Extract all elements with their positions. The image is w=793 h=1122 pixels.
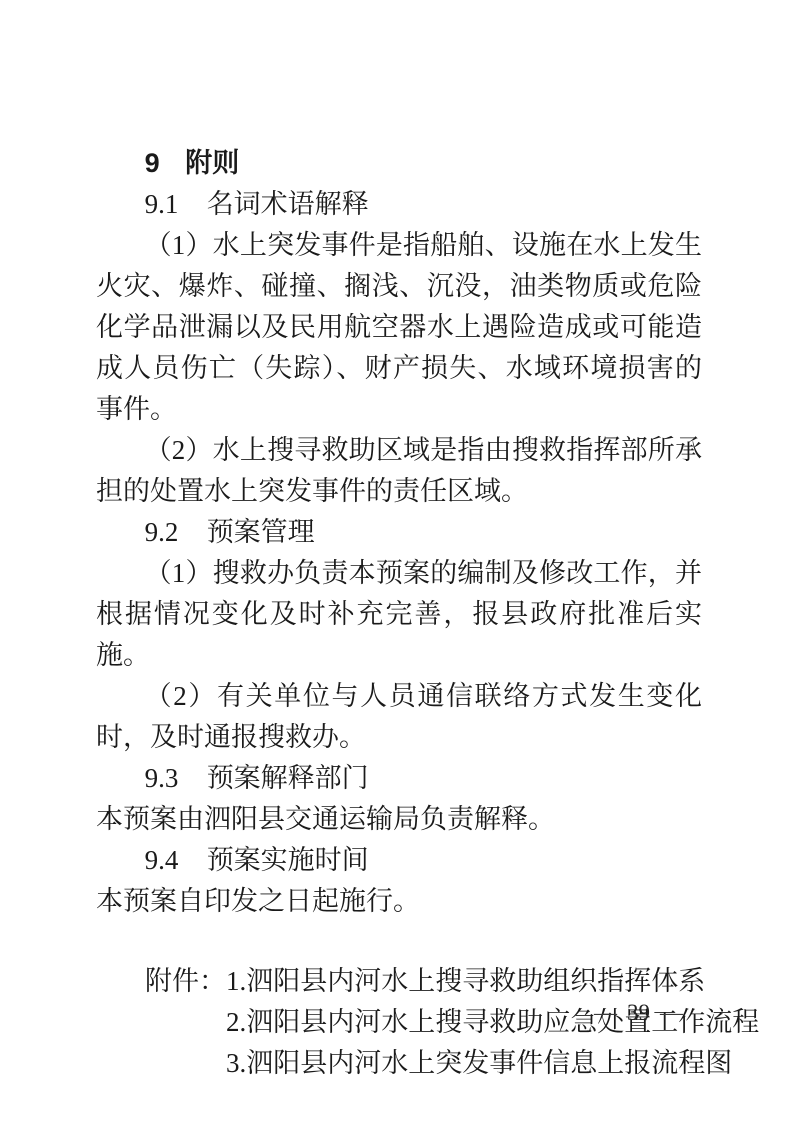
paragraph: （1）水上突发事件是指船舶、设施在水上发生火灾、爆炸、碰撞、搁浅、沉没，油类物质… [96,225,702,430]
page-number-dash-left: — [594,1000,617,1025]
paragraph: 本预案自印发之日起施行。 [96,881,702,922]
section-heading-9-2: 9.2预案管理 [96,512,702,553]
section-number: 9.4 [145,845,179,875]
paragraph: （2）水上搜寻救助区域是指由搜救指挥部所承担的处置水上突发事件的责任区域。 [96,430,702,512]
chapter-number: 9 [145,148,160,178]
section-number: 9.2 [145,517,179,547]
document-page: 9附则 9.1名词术语解释 （1）水上突发事件是指船舶、设施在水上发生火灾、爆炸… [0,0,793,1122]
section-heading-9-4: 9.4预案实施时间 [96,840,702,881]
section-title: 预案实施时间 [207,845,369,875]
attachment-item: 1.泗阳县内河水上搜寻救助组织指挥体系 [226,961,759,1002]
document-body: 9附则 9.1名词术语解释 （1）水上突发事件是指船舶、设施在水上发生火灾、爆炸… [96,143,702,1084]
chapter-heading: 9附则 [96,143,702,184]
section-number: 9.1 [145,189,179,219]
section-title: 名词术语解释 [207,189,369,219]
section-heading-9-3: 9.3预案解释部门 [96,758,702,799]
attachment-item: 3.泗阳县内河水上突发事件信息上报流程图 [226,1043,759,1084]
chapter-title: 附则 [185,148,239,178]
section-title: 预案解释部门 [207,763,369,793]
section-heading-9-1: 9.1名词术语解释 [96,184,702,225]
section-number: 9.3 [145,763,179,793]
attachments-label: 附件： [145,961,226,1084]
paragraph: （1）搜救办负责本预案的编制及修改工作，并根据情况变化及时补充完善，报县政府批准… [96,553,702,676]
paragraph: 本预案由泗阳县交通运输局负责解释。 [96,799,702,840]
page-number: —39— [584,998,693,1028]
section-title: 预案管理 [207,517,315,547]
paragraph: （2）有关单位与人员通信联络方式发生变化时，及时通报搜救办。 [96,676,702,758]
page-number-dash-right: — [660,1000,683,1025]
page-number-value: 39 [627,1000,650,1025]
